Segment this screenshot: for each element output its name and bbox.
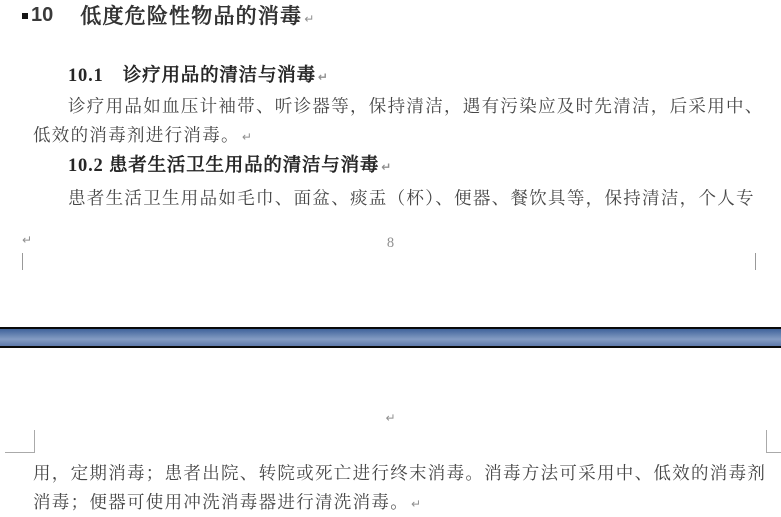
heading-10-1[interactable]: 10.1 诊疗用品的清洁与消毒↵ <box>68 64 328 89</box>
paragraph-mark-icon: ↵ <box>242 130 252 144</box>
body-line-text: 消毒；便器可使用冲洗消毒器进行清洗消毒。 <box>33 492 409 512</box>
heading-10-2-text: 10.2 患者生活卫生用品的清洁与消毒 <box>68 156 379 176</box>
text-boundary-corner-right-icon <box>766 430 781 453</box>
body-line[interactable]: 诊疗用品如血压计袖带、听诊器等，保持清洁，遇有污染应及时先清洁，后采用中、 <box>68 94 764 119</box>
body-line[interactable]: 用，定期消毒；患者出院、转院或死亡进行终末消毒。消毒方法可采用中、低效的消毒剂 <box>33 461 766 486</box>
page-break-bar[interactable] <box>0 327 781 348</box>
document-canvas[interactable]: 10 低度危险性物品的消毒 ↵ 10.1 诊疗用品的清洁与消毒↵ 诊疗用品如血压… <box>0 0 781 517</box>
body-line[interactable]: 患者生活卫生用品如毛巾、面盆、痰盂（杯）、便器、餐饮具等，保持清洁，个人专 <box>68 186 755 211</box>
heading-10-2[interactable]: 10.2 患者生活卫生用品的清洁与消毒↵ <box>68 154 391 179</box>
text-boundary-mark-left <box>22 253 23 270</box>
heading-level1[interactable]: 10 低度危险性物品的消毒 ↵ <box>22 3 314 29</box>
text-boundary-corner-left-icon <box>5 430 35 453</box>
page-number: 8 <box>0 235 781 252</box>
heading1-title[interactable]: 低度危险性物品的消毒 <box>80 3 302 29</box>
body-line-text: 低效的消毒剂进行消毒。 <box>33 125 240 145</box>
style-separator-square-icon <box>22 13 28 19</box>
paragraph-mark-icon: ↵ <box>381 160 391 174</box>
body-line[interactable]: 消毒；便器可使用冲洗消毒器进行清洗消毒。↵ <box>33 490 421 517</box>
heading-10-1-text: 10.1 诊疗用品的清洁与消毒 <box>68 66 316 86</box>
text-boundary-mark-right <box>755 253 756 270</box>
paragraph-mark-icon: ↵ <box>411 497 421 511</box>
body-line[interactable]: 低效的消毒剂进行消毒。↵ <box>33 123 252 150</box>
heading1-number[interactable]: 10 <box>31 3 53 27</box>
paragraph-mark-icon: ↵ <box>318 70 328 84</box>
header-paragraph-mark-icon: ↵ <box>0 411 781 425</box>
paragraph-mark-icon: ↵ <box>304 12 314 26</box>
